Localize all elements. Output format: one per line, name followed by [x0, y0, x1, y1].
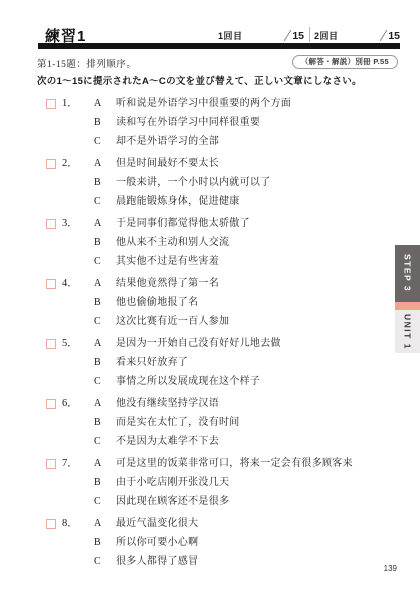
option-text: 这次比赛有近一百人参加 [116, 312, 386, 331]
option-row: 1．A听和说是外语学习中很重要的两个方面 [46, 94, 386, 113]
option-letter: C [94, 252, 116, 271]
attempt-1-label: 1回目 [218, 29, 243, 42]
option-letter: A [94, 274, 116, 293]
question-checkbox[interactable] [46, 459, 56, 469]
question-marker: 3． [46, 214, 94, 233]
option-text: 最近气温变化很大 [116, 514, 386, 533]
attempt-1: 1回目 15 [218, 29, 304, 43]
option-row: 8．A最近气温变化很大 [46, 514, 386, 533]
attempt-2: 2回目 15 [314, 29, 400, 43]
option-text: 他也偷偷地报了名 [116, 293, 386, 312]
option-text: 一般来讲，一个小时以内就可以了 [116, 173, 386, 192]
question-checkbox[interactable] [46, 219, 56, 229]
attempt-2-label: 2回目 [314, 29, 339, 42]
question-item: 6．A他没有继续坚持学汉语B而是实在太忙了，没有时间C不是因为太难学不下去 [46, 394, 386, 451]
question-marker [46, 432, 94, 451]
score-slash-icon [380, 30, 388, 42]
option-text: 于是同事们都觉得他太骄傲了 [116, 214, 386, 233]
question-checkbox[interactable] [46, 399, 56, 409]
question-marker [46, 473, 94, 492]
option-letter: B [94, 353, 116, 372]
attempt-2-max: 15 [388, 30, 400, 42]
option-letter: A [94, 214, 116, 233]
option-row: B所以你可要小心啊 [46, 533, 386, 552]
question-marker: 2． [46, 154, 94, 173]
task-heading: 第1-15题：排列顺序。 [37, 56, 136, 70]
textbook-page: 練習1 1回目 15 2回目 15 第1-15题：排列顺序。 （解答・解説）別冊… [0, 0, 420, 595]
question-marker [46, 312, 94, 331]
option-text: 其实他不过是有些害羞 [116, 252, 386, 271]
question-marker [46, 492, 94, 511]
option-row: 6．A他没有继续坚持学汉语 [46, 394, 386, 413]
option-row: 2．A但是时间最好不要太长 [46, 154, 386, 173]
option-row: C因此现在顾客还不是很多 [46, 492, 386, 511]
question-marker [46, 353, 94, 372]
question-marker [46, 533, 94, 552]
option-letter: B [94, 413, 116, 432]
option-text: 所以你可要小心啊 [116, 533, 386, 552]
question-marker [46, 173, 94, 192]
option-letter: B [94, 293, 116, 312]
question-checkbox[interactable] [46, 279, 56, 289]
option-text: 他没有继续坚持学汉语 [116, 394, 386, 413]
question-marker [46, 413, 94, 432]
question-item: 8．A最近气温变化很大B所以你可要小心啊C很多人都得了感冒 [46, 514, 386, 571]
option-letter: C [94, 432, 116, 451]
option-text: 看来只好放弃了 [116, 353, 386, 372]
option-row: C事情之所以发展成现在这个样子 [46, 372, 386, 391]
option-row: C很多人都得了感冒 [46, 552, 386, 571]
option-text: 可是这里的饭菜非常可口，将来一定会有很多顾客来 [116, 454, 386, 473]
question-list: 1．A听和说是外语学习中很重要的两个方面B读和写在外语学习中同样很重要C却不是外… [46, 94, 386, 574]
option-text: 听和说是外语学习中很重要的两个方面 [116, 94, 386, 113]
option-row: B读和写在外语学习中同样很重要 [46, 113, 386, 132]
option-row: 7．A可是这里的饭菜非常可口，将来一定会有很多顾客来 [46, 454, 386, 473]
option-row: C这次比赛有近一百人参加 [46, 312, 386, 331]
question-number: 7． [62, 454, 78, 473]
question-marker [46, 113, 94, 132]
attempt-score-boxes: 1回目 15 2回目 15 [218, 26, 400, 43]
question-checkbox[interactable] [46, 99, 56, 109]
option-letter: A [94, 454, 116, 473]
option-text: 他从来不主动和别人交流 [116, 233, 386, 252]
attempt-1-score: 15 [287, 29, 304, 42]
page-number: 139 [384, 564, 397, 573]
question-marker [46, 132, 94, 151]
option-row: C晨跑能锻炼身体，促进健康 [46, 192, 386, 211]
question-marker: 5． [46, 334, 94, 353]
option-row: B看来只好放弃了 [46, 353, 386, 372]
question-marker: 8． [46, 514, 94, 533]
question-item: 4．A结果他竟然得了第一名B他也偷偷地报了名C这次比赛有近一百人参加 [46, 274, 386, 331]
question-number: 5． [62, 334, 78, 353]
question-marker [46, 293, 94, 312]
question-marker: 6． [46, 394, 94, 413]
option-letter: A [94, 94, 116, 113]
option-text: 晨跑能锻炼身体，促进健康 [116, 192, 386, 211]
option-text: 事情之所以发展成现在这个样子 [116, 372, 386, 391]
question-checkbox[interactable] [46, 339, 56, 349]
option-letter: C [94, 552, 116, 571]
question-checkbox[interactable] [46, 159, 56, 169]
directions-text: 次の1～15に提示されたA～Cの文を並び替えて、正しい文章にしなさい。 [37, 73, 362, 87]
question-marker [46, 372, 94, 391]
tab-step-3[interactable]: STEP 3 [395, 245, 420, 302]
option-letter: C [94, 492, 116, 511]
option-row: B由于小吃店刚开张没几天 [46, 473, 386, 492]
option-letter: A [94, 334, 116, 353]
option-row: C其实他不过是有些害羞 [46, 252, 386, 271]
option-letter: B [94, 533, 116, 552]
option-letter: A [94, 154, 116, 173]
question-checkbox[interactable] [46, 519, 56, 529]
question-number: 4． [62, 274, 78, 293]
option-row: B而是实在太忙了，没有时间 [46, 413, 386, 432]
option-letter: A [94, 394, 116, 413]
option-text: 由于小吃店刚开张没几天 [116, 473, 386, 492]
answer-reference-badge: （解答・解説）別冊 P.55 [292, 55, 398, 69]
tab-accent-strip [395, 302, 420, 310]
question-number: 8． [62, 514, 78, 533]
attempt-divider [309, 27, 310, 42]
option-letter: B [94, 173, 116, 192]
question-marker [46, 233, 94, 252]
option-text: 但是时间最好不要太长 [116, 154, 386, 173]
option-row: B一般来讲，一个小时以内就可以了 [46, 173, 386, 192]
option-row: 3．A于是同事们都觉得他太骄傲了 [46, 214, 386, 233]
question-number: 1． [62, 94, 78, 113]
option-letter: B [94, 473, 116, 492]
question-item: 2．A但是时间最好不要太长B一般来讲，一个小时以内就可以了C晨跑能锻炼身体，促进… [46, 154, 386, 211]
option-letter: C [94, 372, 116, 391]
option-letter: B [94, 113, 116, 132]
option-text: 因此现在顾客还不是很多 [116, 492, 386, 511]
question-marker: 4． [46, 274, 94, 293]
header-rule-bar [38, 43, 400, 49]
question-item: 1．A听和说是外语学习中很重要的两个方面B读和写在外语学习中同样很重要C却不是外… [46, 94, 386, 151]
attempt-2-score: 15 [383, 29, 400, 42]
tab-unit-1[interactable]: UNIT 1 [395, 310, 420, 353]
question-marker [46, 252, 94, 271]
attempt-1-max: 15 [292, 30, 304, 42]
question-marker [46, 192, 94, 211]
option-row: B他也偷偷地报了名 [46, 293, 386, 312]
option-row: C不是因为太难学不下去 [46, 432, 386, 451]
question-marker: 7． [46, 454, 94, 473]
option-text: 很多人都得了感冒 [116, 552, 386, 571]
option-text: 不是因为太难学不下去 [116, 432, 386, 451]
question-number: 3． [62, 214, 78, 233]
option-letter: C [94, 312, 116, 331]
option-letter: C [94, 192, 116, 211]
question-marker: 1． [46, 94, 94, 113]
question-item: 7．A可是这里的饭菜非常可口，将来一定会有很多顾客来B由于小吃店刚开张没几天C因… [46, 454, 386, 511]
question-item: 3．A于是同事们都觉得他太骄傲了B他从来不主动和别人交流C其实他不过是有些害羞 [46, 214, 386, 271]
question-number: 6． [62, 394, 78, 413]
question-item: 5．A是因为一开始自己没有好好儿地去做B看来只好放弃了C事情之所以发展成现在这个… [46, 334, 386, 391]
option-text: 是因为一开始自己没有好好儿地去做 [116, 334, 386, 353]
option-row: 4．A结果他竟然得了第一名 [46, 274, 386, 293]
option-letter: C [94, 132, 116, 151]
option-row: 5．A是因为一开始自己没有好好儿地去做 [46, 334, 386, 353]
option-text: 结果他竟然得了第一名 [116, 274, 386, 293]
score-slash-icon [284, 30, 292, 42]
question-marker [46, 552, 94, 571]
option-letter: A [94, 514, 116, 533]
option-text: 却不是外语学习的全部 [116, 132, 386, 151]
option-row: C却不是外语学习的全部 [46, 132, 386, 151]
question-number: 2． [62, 154, 78, 173]
option-letter: B [94, 233, 116, 252]
option-row: B他从来不主动和别人交流 [46, 233, 386, 252]
option-text: 而是实在太忙了，没有时间 [116, 413, 386, 432]
option-text: 读和写在外语学习中同样很重要 [116, 113, 386, 132]
